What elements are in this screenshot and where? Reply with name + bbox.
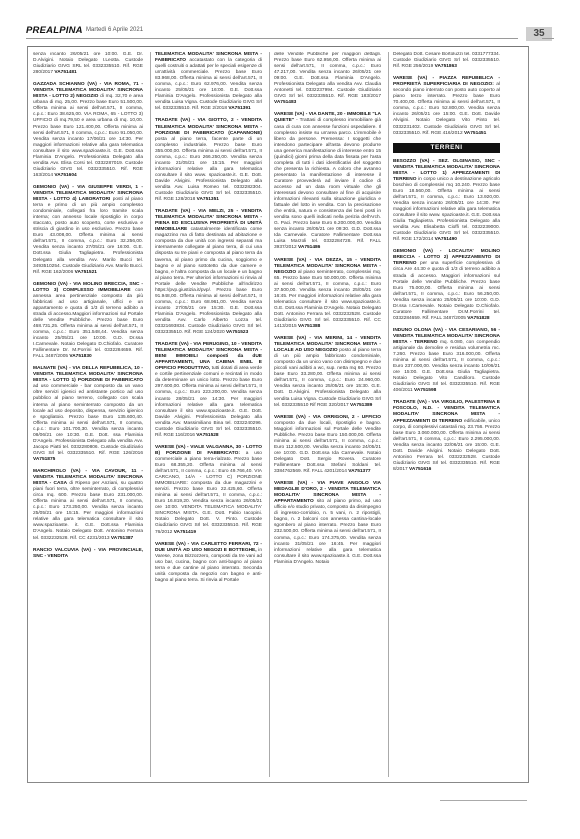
listing-reference-code: VA751389 bbox=[350, 403, 372, 408]
listing-heading: VARESE (VA) - VIA ORRIGONI, 2 - UFFICIO bbox=[274, 415, 381, 420]
column-2: TELEMATICA MODALITA' SINCRONA MISTA - FA… bbox=[150, 52, 264, 777]
listing-reference-code: VA751388 bbox=[298, 324, 320, 329]
listing-body: - Trattasi di complesso immobiliare già … bbox=[274, 118, 381, 250]
listing-heading: VARESE (VA) - PIAZZA REPUBBLICA - PROPRI… bbox=[393, 76, 500, 87]
header-rule bbox=[26, 38, 518, 39]
listing-reference-code: VA751486 bbox=[298, 245, 320, 250]
masthead-logo: PREALPINA bbox=[26, 25, 83, 36]
listing-reference-code: VA751521 bbox=[75, 270, 97, 275]
listing-reference-code: VA751391 bbox=[228, 106, 250, 111]
listing-body: edificabile, unico corpo, di complessivi… bbox=[393, 419, 500, 472]
listing-reference-code: VA751875 bbox=[33, 457, 55, 462]
auction-listing: senza incanto 26/05/21 ore 10:00. G.E. D… bbox=[33, 52, 143, 76]
auction-listing: VARESE (VA) - VIA DANTE, 20 - IMMOBILE "… bbox=[274, 112, 381, 251]
listing-reference-code: VA751830 bbox=[69, 354, 91, 359]
auction-listing: MALNATE (VA) - VIA DELLA REPUBBLICA, 10 … bbox=[33, 366, 143, 463]
listings-columns: senza incanto 26/05/21 ore 10:00. G.E. D… bbox=[31, 52, 525, 777]
listing-body: a uso commerciale a piano terra-rialzato… bbox=[155, 451, 262, 535]
listing-body: al piano seminterrato, complessivi mq. 6… bbox=[274, 270, 381, 329]
auction-listing: GEMONIO (VA) - VIA MOLINO BRECCIA, SNC -… bbox=[33, 282, 143, 361]
auction-listing: VARESE (VA) - VIA DEZZA, 15 - VENDITA TE… bbox=[274, 258, 381, 331]
listing-reference-code: VA751828 bbox=[467, 316, 489, 321]
auction-listing: TRADATE (VA) - VIA PERUGINO, 10 - VENDIT… bbox=[155, 342, 262, 439]
listing-reference-code: VA751490 bbox=[435, 237, 457, 242]
listing-body: di mq. 32,70 e area urbana di mq. 25,00.… bbox=[33, 94, 143, 178]
listing-reference-code: VA751419 bbox=[174, 530, 196, 535]
listing-body: accatastato con la categoria di quelli c… bbox=[155, 58, 262, 111]
listing-reference-code: VA751598 bbox=[414, 388, 436, 393]
listing-reference-code: VA751863 bbox=[435, 64, 457, 69]
listing-reference-code: VA751377 bbox=[348, 469, 370, 474]
listing-body: al secondo piano interrato con posto aut… bbox=[393, 82, 500, 135]
column-4: Delegato Dott. Cesare Bortoluzzi tel. 03… bbox=[388, 52, 502, 777]
auction-listing: TRADATE (VA) - VIA MELZI, 25 - VENDITA T… bbox=[155, 209, 262, 336]
listing-reference-code: VA751451 bbox=[464, 131, 486, 136]
listing-reference-code: VA751351 bbox=[197, 197, 219, 202]
auction-listing: GEMONIO (VA) - LOCALITA' MOLINO BRECCIA … bbox=[393, 249, 500, 322]
auction-listing: TELEMATICA MODALITA' SINCRONA MISTA - FA… bbox=[155, 52, 262, 112]
auction-listing: VARESE (VA) - VIALE VALGANNA, 30 - LOTTO… bbox=[155, 445, 262, 536]
auction-listing: TRADATE (VA) - VIA GIOTTO, 2 - VENDITA T… bbox=[155, 118, 262, 203]
listing-body: sito al piano primo, ad uso ufficio e/o … bbox=[274, 499, 381, 564]
listing-heading: GEMONIO (VA) - VIA MOLINO BRECCIA, SNC -… bbox=[33, 282, 143, 293]
page-header: PREALPINA Martedì 6 Aprile 2021 35 bbox=[26, 24, 554, 40]
listing-body: in corpo unico a destinazione agricolo b… bbox=[393, 177, 500, 242]
auction-listing: VARESE (VA) - VIA ORRIGONI, 2 - UFFICIO … bbox=[274, 415, 381, 475]
header-rule-right bbox=[542, 38, 554, 39]
listing-body: ad uso commerciale - bar composto da un … bbox=[33, 384, 143, 456]
column-3: delle Vendite Pubbliche per maggiori det… bbox=[269, 52, 383, 777]
auction-listing: GAZZADA SCHIANNO (VA) - VIA ROMA, 71 - V… bbox=[33, 82, 143, 179]
listing-heading: TRADATE (VA) - VIA GIOTTO, 2 - VENDITA T… bbox=[155, 118, 262, 135]
column-1: senza incanto 26/05/21 ore 10:00. G.E. D… bbox=[31, 52, 145, 777]
auction-listing: delle Vendite Pubbliche per maggiori det… bbox=[274, 52, 381, 106]
auction-listing: TRADATE (VA) - VIA VIRGILIO, PALESTRINA … bbox=[393, 400, 500, 473]
listing-body: in Varese, zona Bizzozzero, composti da … bbox=[155, 548, 262, 583]
listing-reference-code: VA751387 bbox=[111, 536, 133, 541]
listing-heading: VARESE (VA) - VIA CARLETTO FERRARI, 72 -… bbox=[155, 542, 262, 553]
listing-body: catastalmente identificata come magazzin… bbox=[155, 227, 262, 335]
listing-body: con annessa area pertinenziale composto … bbox=[33, 288, 143, 360]
listing-body: composto da due locali, ripostiglio e ba… bbox=[274, 421, 381, 474]
auction-listing: RANCIO VALCUVIA (VA) - VIA PROVINCIALE, … bbox=[33, 548, 143, 560]
listing-reference-code: VA751483 bbox=[274, 100, 296, 105]
auction-listing: INDUNO OLONA (VA) - VIA CESARIANO, 56 - … bbox=[393, 328, 500, 395]
listing-reference-code: VA751481 bbox=[54, 70, 76, 75]
footer-rule bbox=[440, 800, 527, 801]
listing-body: posta al piano terra, facente parte di u… bbox=[155, 137, 262, 202]
listing-body: posti al piano terra e primo di un più a… bbox=[33, 197, 143, 275]
auction-listing: VARESE (VA) - PIAZZA REPUBBLICA - PROPRI… bbox=[393, 76, 500, 136]
listing-body: per una superficie complessiva di circa … bbox=[393, 261, 500, 320]
listing-heading: MALNATE (VA) - VIA DELLA REPUBBLICA, 10 … bbox=[33, 366, 143, 383]
listing-body: senza incanto 26/05/21 ore 10:00. G.E. D… bbox=[33, 52, 143, 75]
listing-body: delle Vendite Pubbliche per maggiori det… bbox=[274, 52, 381, 99]
listing-reference-code: VA751616 bbox=[409, 467, 431, 472]
auction-listing: BESOZZO (VA) - SEZ. OLGINASIO, SNC - VEN… bbox=[393, 159, 500, 244]
listing-reference-code: VA751604 bbox=[54, 173, 76, 178]
auction-listing: GEMONIO (VA) - VIA GIUSEPPE VERDI, 1 - V… bbox=[33, 185, 143, 276]
listing-reference-code: VA751523 bbox=[226, 330, 248, 335]
auction-listing: Delegato Dott. Cesare Bortoluzzi tel. 03… bbox=[393, 52, 500, 70]
listing-heading: RANCIO VALCUVIA (VA) - VIA PROVINCIALE, … bbox=[33, 548, 143, 559]
listing-body: tutti dotati di area verde e cortile per… bbox=[155, 366, 262, 438]
auction-listing: VARESE (VA) - VIA PIAVE ANGOLO VIA MEDAG… bbox=[274, 481, 381, 566]
issue-date: Martedì 6 Aprile 2021 bbox=[86, 27, 143, 33]
auction-listing: MARCHIROLO (VA) - VIA CAVOUR, 11 - VENDI… bbox=[33, 469, 143, 542]
listing-body: mq. 6.080, con compendio artigianale da … bbox=[393, 340, 500, 393]
listing-body: posto al piano terra di un più ampio fab… bbox=[274, 348, 381, 407]
section-header-terreni: TERRENI bbox=[393, 143, 500, 153]
listing-body: di Ripeso per Anziani, su quattro piani … bbox=[33, 481, 143, 540]
auction-listing: VARESE (VA) - VIA MERINI, 14 - VENDITA T… bbox=[274, 336, 381, 409]
listing-reference-code: VA751528 bbox=[196, 433, 218, 438]
auction-listing: VARESE (VA) - VIA CARLETTO FERRARI, 72 -… bbox=[155, 542, 262, 584]
